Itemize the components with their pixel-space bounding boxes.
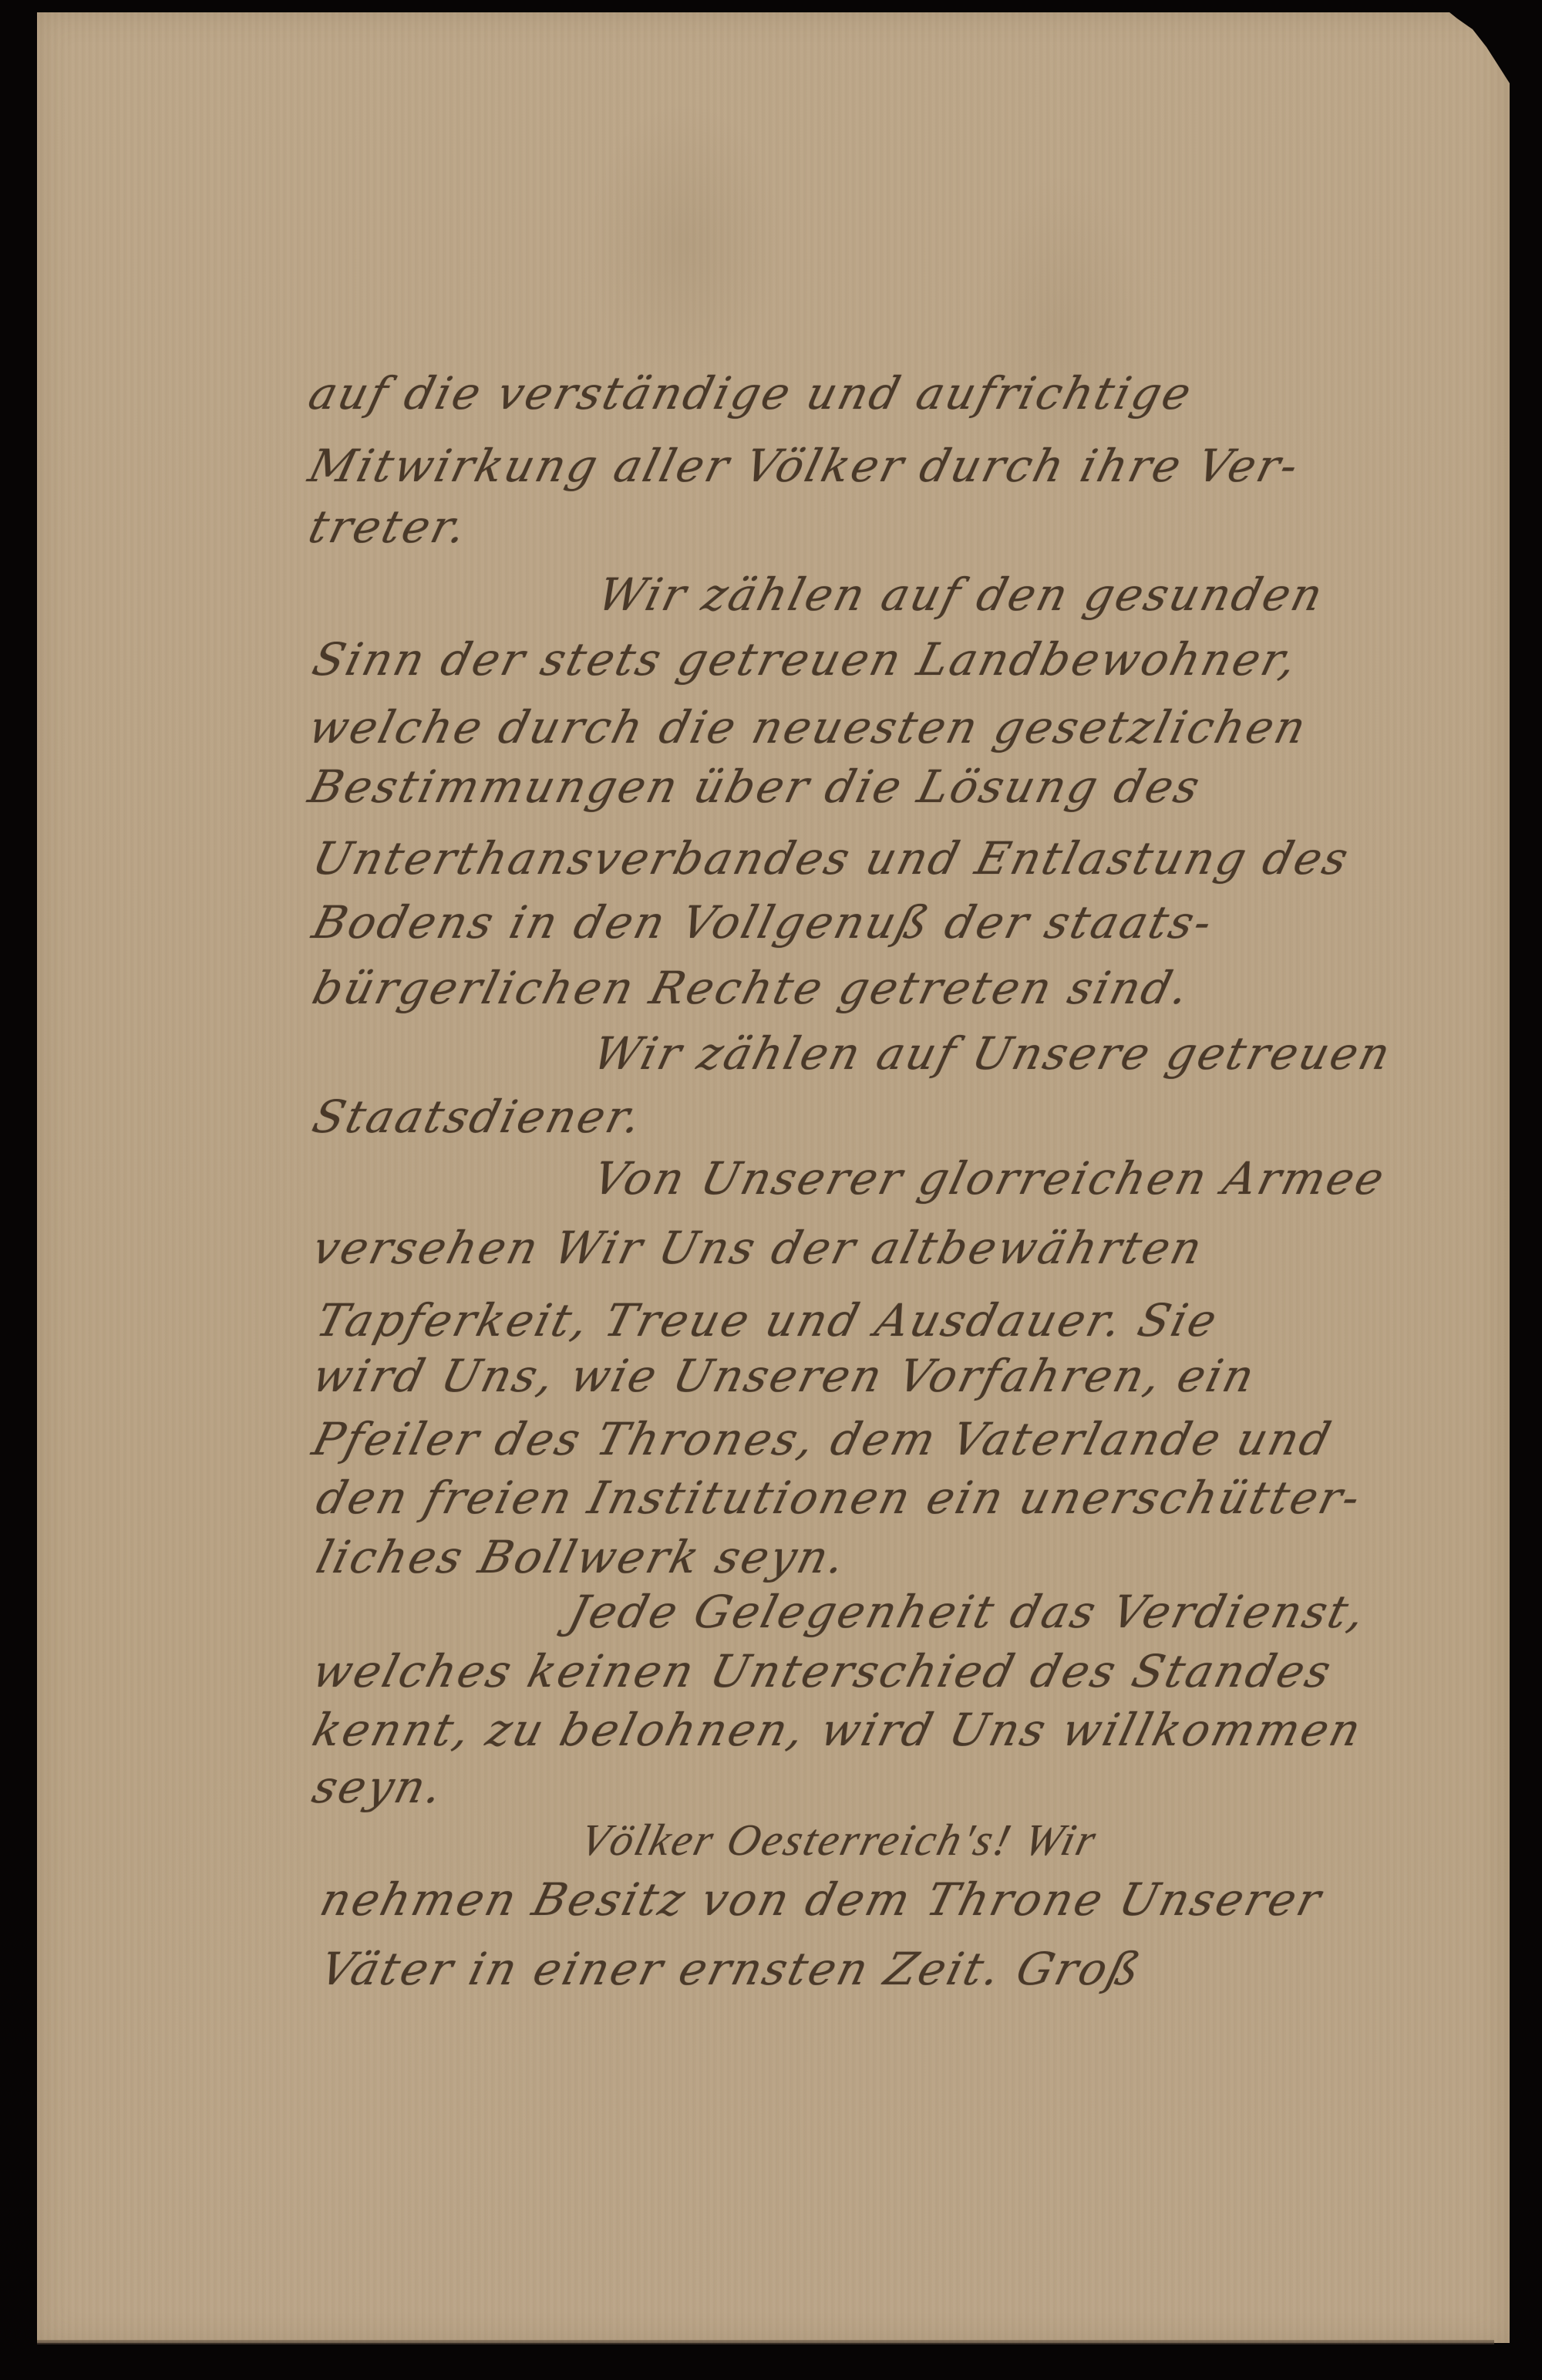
text-line: den freien Institutionen ein unerschütte…: [312, 1475, 1366, 1520]
text-line: Sinn der stets getreuen Landbewohner,: [308, 637, 1303, 682]
paragraph-start-line: Wir zählen auf den gesunden: [594, 572, 1329, 617]
text-line: bürgerlichen Rechte getreten sind.: [308, 966, 1195, 1010]
handwritten-text-block: auf die verständige und aufrichtige Mitw…: [0, 0, 1542, 2380]
text-line: Staatsdiener.: [308, 1094, 648, 1139]
text-line: welches keinen Unterschied des Standes: [308, 1649, 1337, 1694]
text-line: Pfeiler des Thrones, dem Vaterlande und: [308, 1417, 1337, 1461]
text-line: seyn.: [308, 1765, 449, 1809]
text-line: welche durch die neuesten gesetzlichen: [305, 705, 1312, 750]
text-line: versehen Wir Uns der altbewährten: [308, 1225, 1208, 1270]
text-line: Tapferkeit, Treue und Ausdauer. Sie: [312, 1298, 1223, 1343]
text-line: Bodens in den Vollgenuß der staats-: [308, 900, 1218, 945]
paragraph-start-line: Wir zählen auf Unsere getreuen: [589, 1031, 1396, 1076]
text-line: treter.: [305, 504, 473, 549]
text-line: auf die verständige und aufrichtige: [305, 371, 1197, 416]
text-line: liches Bollwerk seyn.: [312, 1535, 851, 1579]
paragraph-start-line: Jede Gelegenheit das Verdienst,: [564, 1589, 1372, 1634]
paragraph-start-line: Von Unserer glorreichen Armee: [589, 1156, 1390, 1201]
text-line: Mitwirkung aller Völker durch ihre Ver-: [305, 443, 1305, 488]
text-line: Unterthansverbandes und Entlastung des: [308, 836, 1355, 881]
text-line: kennt, zu belohnen, wird Uns willkommen: [308, 1707, 1367, 1752]
text-line: wird Uns, wie Unseren Vorfahren, ein: [308, 1353, 1261, 1398]
text-line: Väter in einer ernsten Zeit. Groß: [316, 1947, 1146, 1991]
text-line: Bestimmungen über die Lösung des: [305, 764, 1206, 809]
text-line: nehmen Besitz von dem Throne Unserer: [316, 1877, 1327, 1922]
paragraph-start-line: Völker Oesterreich's! Wir: [576, 1818, 1103, 1863]
